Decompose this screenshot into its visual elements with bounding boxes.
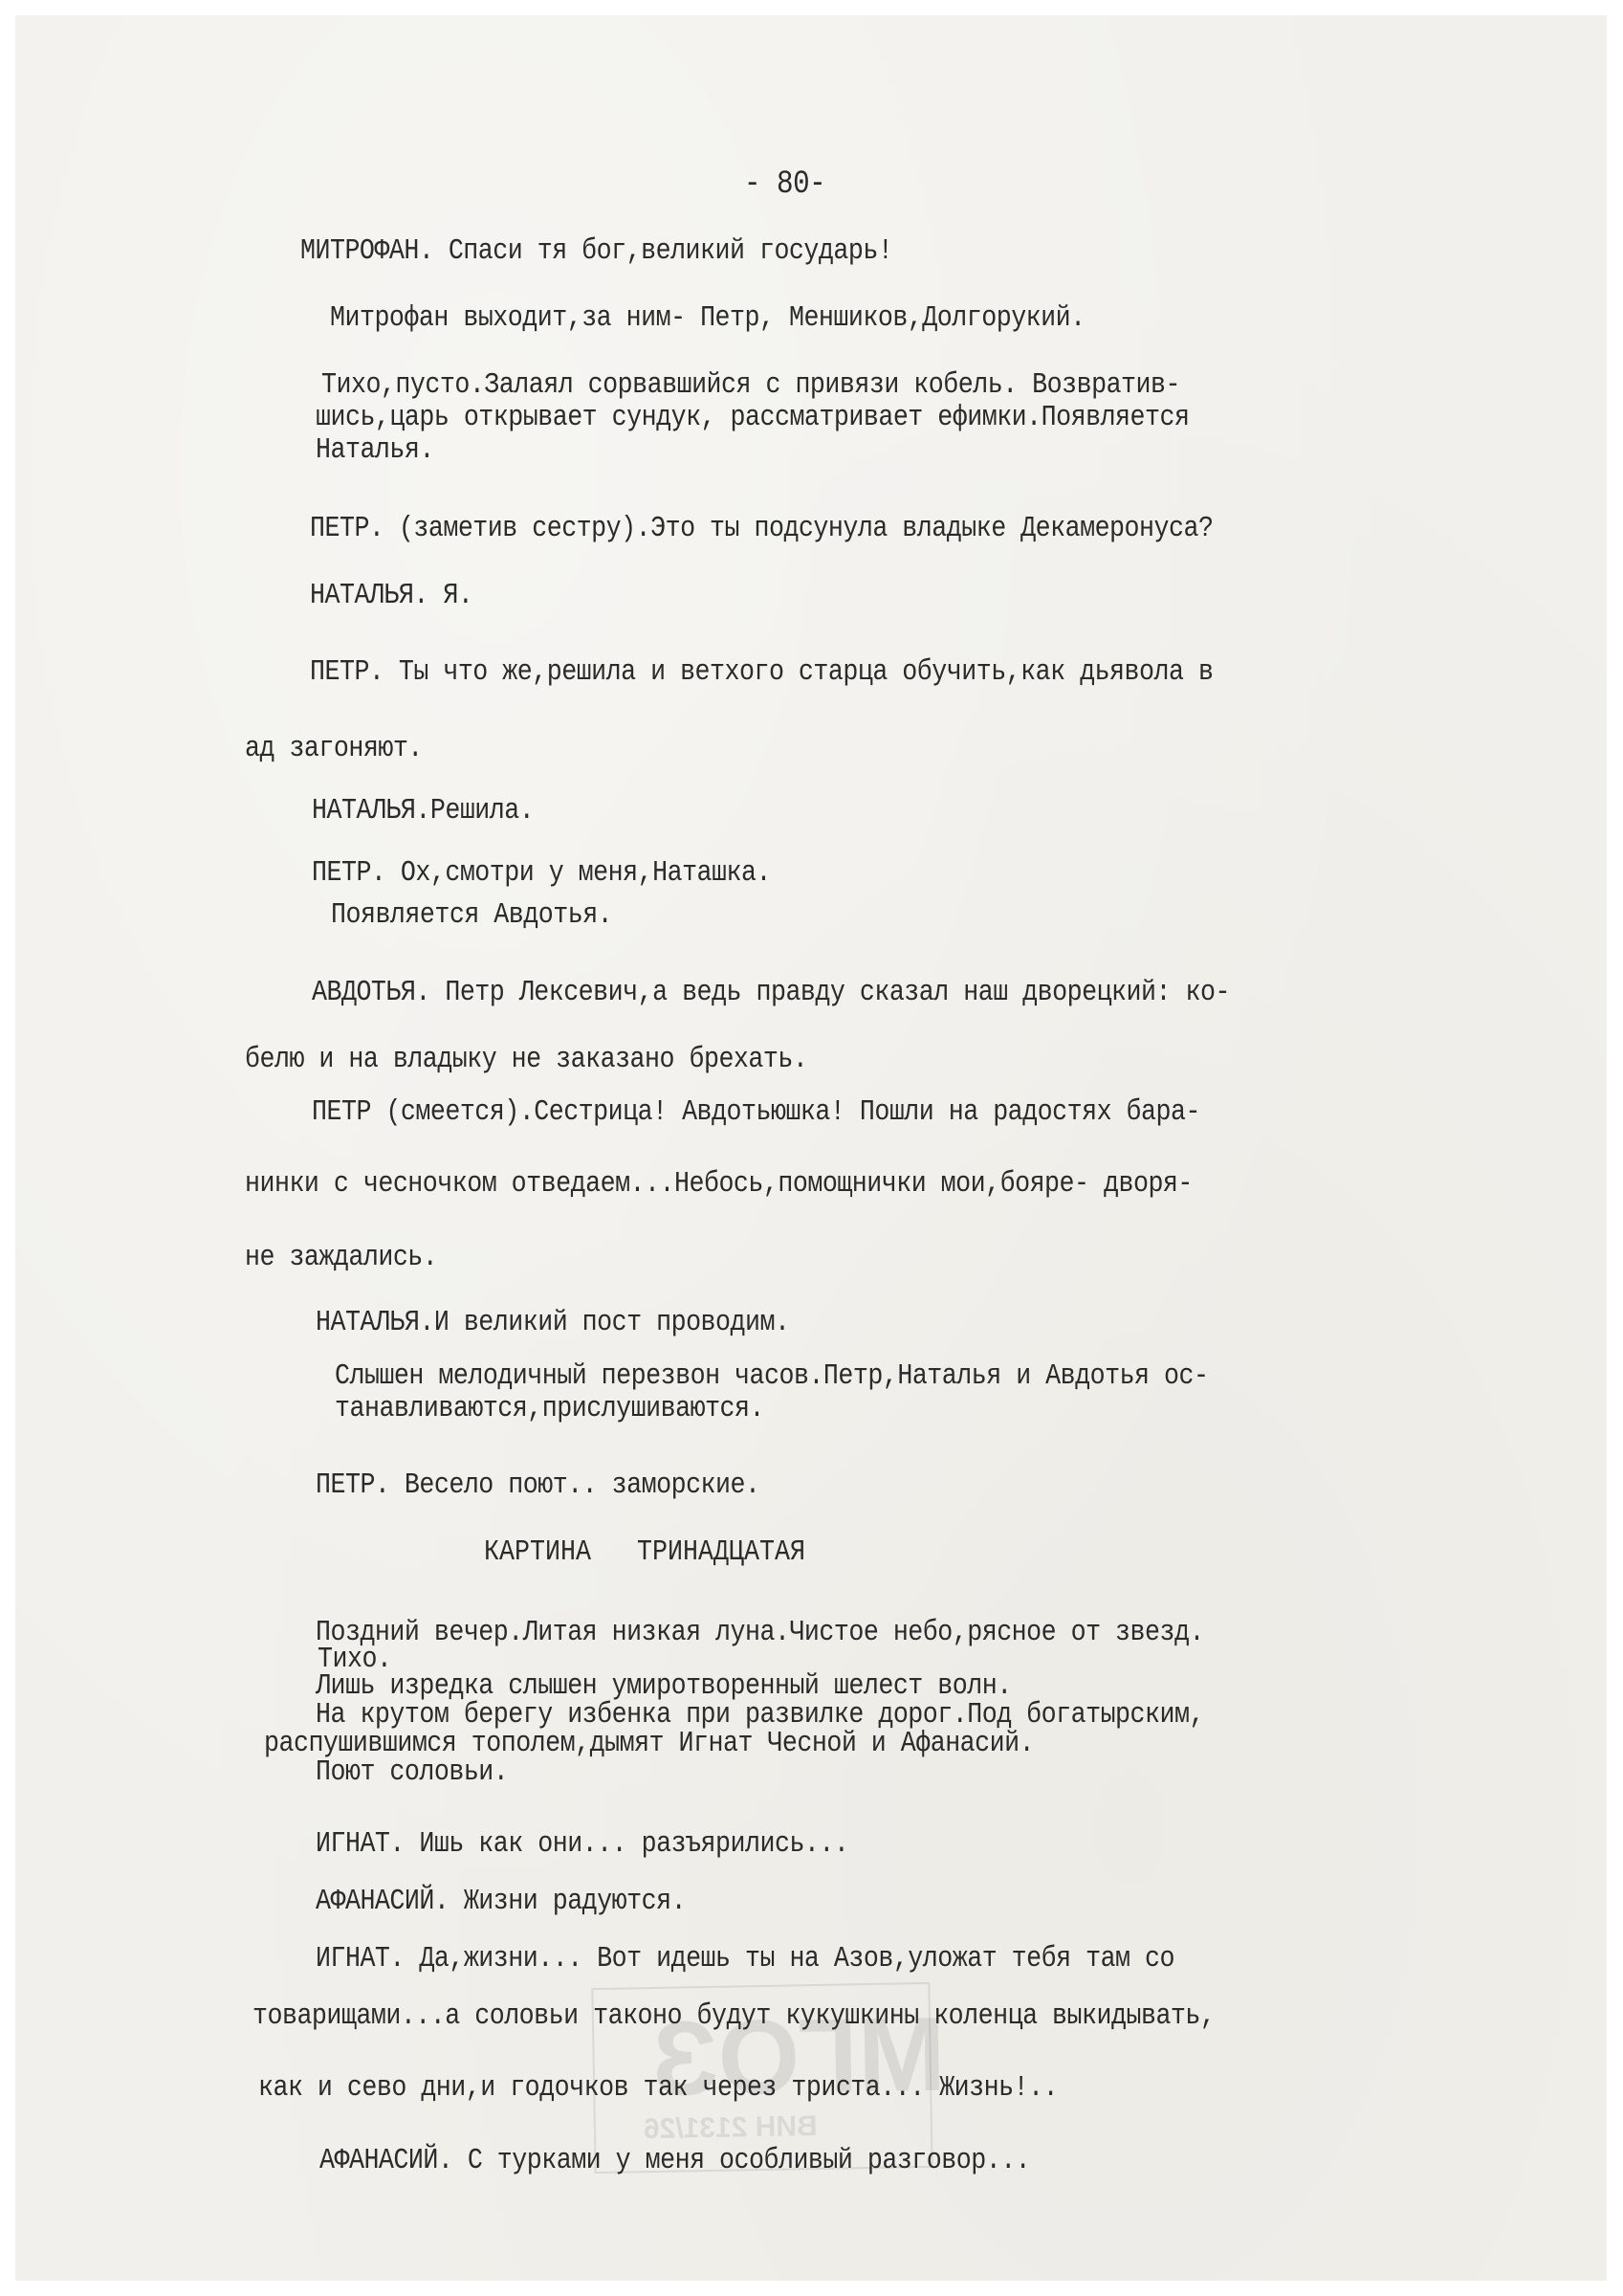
stage-direction: Митрофан выходит,за ним- Петр, Меншиков,… xyxy=(330,302,1086,335)
stage-direction: Появляется Авдотья. xyxy=(331,899,612,932)
stage-direction: Слышен мелодичный перезвон часов.Петр,На… xyxy=(335,1360,1208,1393)
dialogue-line: ПЕТР (смеется).Сестрица! Авдотьюшка! Пош… xyxy=(312,1096,1200,1129)
document-page xyxy=(15,15,1607,2281)
dialogue-line: как и сево дни,и годочков так через трис… xyxy=(258,2072,1058,2105)
dialogue-line: НАТАЛЬЯ.И великий пост проводим. xyxy=(316,1307,789,1339)
dialogue-line: ПЕТР. (заметив сестру).Это ты подсунула … xyxy=(310,513,1213,545)
dialogue-line: АВДОТЬЯ. Петр Лексевич,а ведь правду ска… xyxy=(312,977,1230,1009)
stage-direction: Поздний вечер.Литая низкая луна.Чистое н… xyxy=(316,1617,1204,1649)
stage-direction: Тихо,пусто.Залаял сорвавшийся с привязи … xyxy=(321,369,1180,402)
dialogue-line: ПЕТР. Ох,смотри у меня,Наташка. xyxy=(312,857,771,890)
stamp-small-text: ВИН 2131/26 xyxy=(644,2110,818,2146)
dialogue-line: товарищами...а соловьи таконо будут куку… xyxy=(252,2000,1215,2033)
dialogue-line: НАТАЛЬЯ. Я. xyxy=(310,580,472,612)
stage-direction: шись,царь открывает сундук, рассматривае… xyxy=(316,402,1189,434)
dialogue-line: МИТРОФАН. Спаси тя бог,великий государь! xyxy=(300,235,892,268)
stage-direction: Поют соловьи. xyxy=(316,1756,508,1789)
dialogue-line: ПЕТР. Ты что же,решила и ветхого старца … xyxy=(310,656,1213,689)
dialogue-line: НАТАЛЬЯ.Решила. xyxy=(312,795,534,828)
dialogue-line: АФАНАСИЙ. Жизни радуются. xyxy=(316,1886,686,1918)
dialogue-line: ад загоняют. xyxy=(245,733,423,765)
scene-heading: КАРТИНА ТРИНАДЦАТАЯ xyxy=(484,1536,805,1569)
dialogue-line: белю и на владыку не заказано брехать. xyxy=(245,1044,807,1076)
stage-direction: Наталья. xyxy=(316,434,434,467)
dialogue-line: ИГНАТ. Ишь как они... разъярились... xyxy=(316,1828,848,1861)
dialogue-line: АФАНАСИЙ. С турками у меня особливый раз… xyxy=(319,2145,1030,2177)
page-number: - 80- xyxy=(744,168,825,201)
dialogue-line: не заждались. xyxy=(245,1242,437,1274)
stage-direction: танавливаются,прислушиваются. xyxy=(335,1393,764,1425)
dialogue-line: нинки с чесночком отведаем...Небось,помо… xyxy=(245,1168,1193,1201)
dialogue-line: ИГНАТ. Да,жизни... Вот идешь ты на Азов,… xyxy=(316,1943,1174,1976)
dialogue-line: ПЕТР. Весело поют.. заморские. xyxy=(316,1469,759,1502)
